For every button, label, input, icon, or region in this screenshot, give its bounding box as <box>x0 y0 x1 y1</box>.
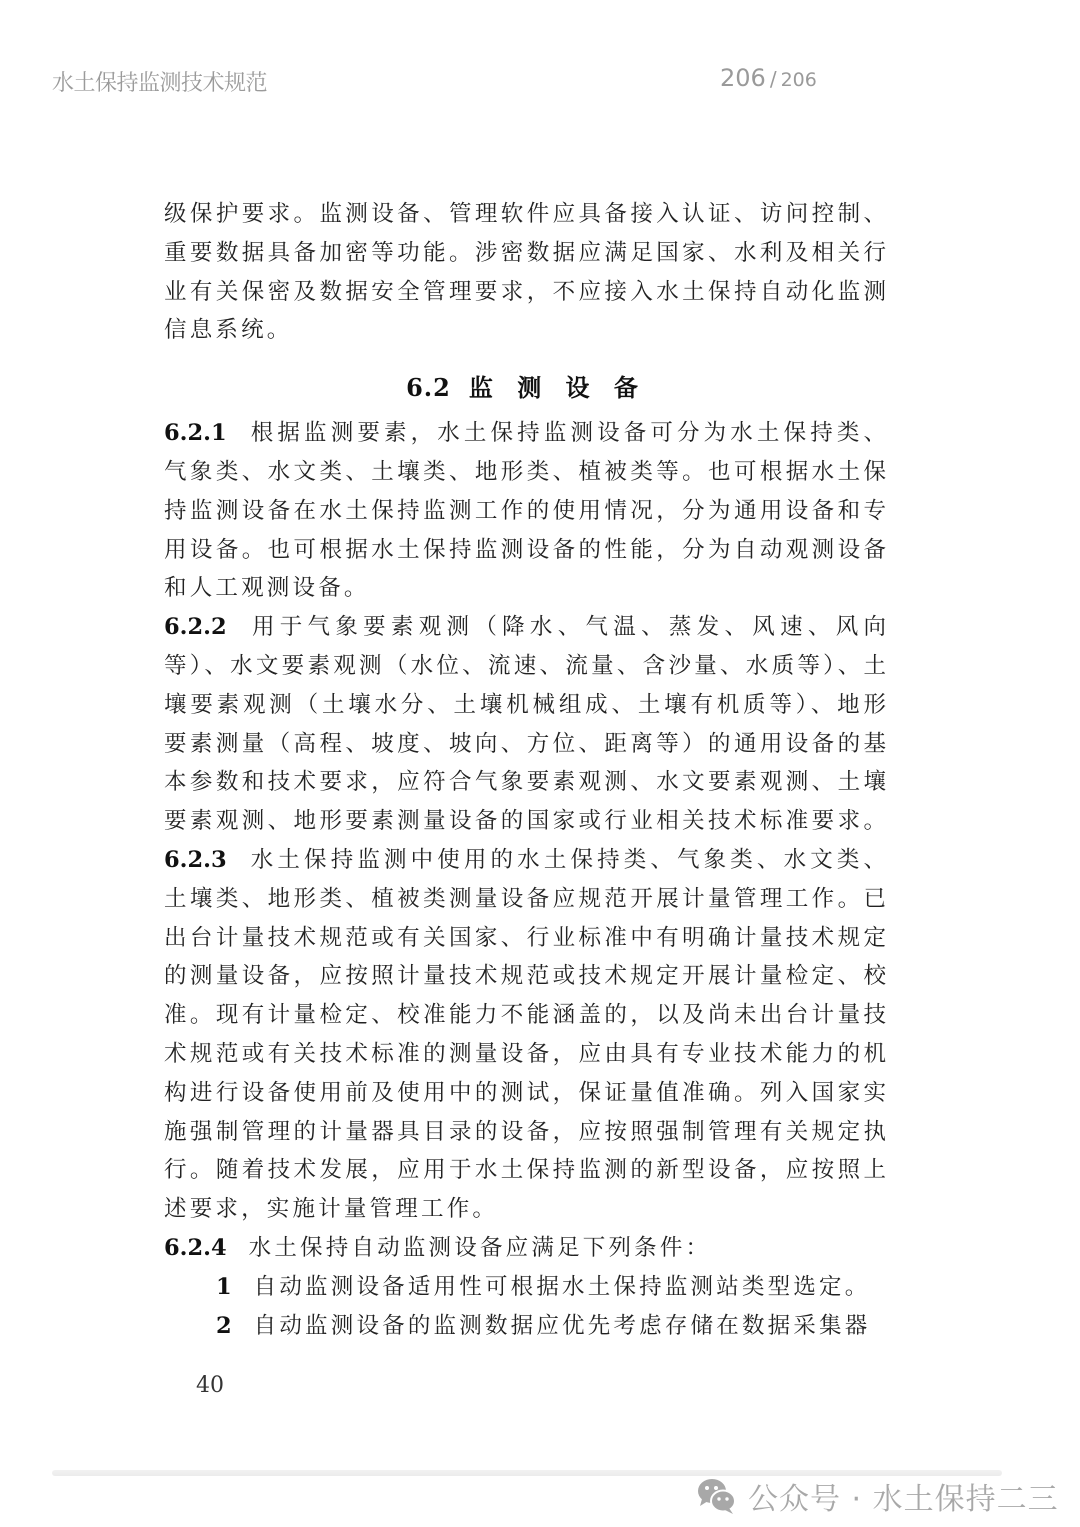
clause-number: 6.2.2 <box>164 614 227 640</box>
body-line: 行。随着技术发展，应用于水土保持监测的新型设备，应按照上 <box>164 1151 888 1190</box>
list-item: 1自动监测设备适用性可根据水土保持监测站类型选定。 <box>164 1268 888 1307</box>
body-line: 气象类、水文类、土壤类、地形类、植被类等。也可根据水土保 <box>164 453 888 492</box>
watermark-text: 公众号 · 水土保持二三 <box>748 1474 1059 1518</box>
section-heading: 6.2监 测 设 备 <box>164 358 888 418</box>
clause-first-line: 6.2.3水土保持监测中使用的水土保持类、气象类、水文类、 <box>164 841 888 880</box>
body-line: 准。现有计量检定、校准能力不能涵盖的，以及尚未出台计量技 <box>164 996 888 1035</box>
body-line: 土壤类、地形类、植被类测量设备应规范开展计量管理工作。已 <box>164 880 888 919</box>
wechat-icon <box>696 1477 738 1515</box>
clause-first-line: 6.2.4水土保持自动监测设备应满足下列条件： <box>164 1229 888 1268</box>
body-line: 要素观测、地形要素测量设备的国家或行业相关技术标准要求。 <box>164 802 888 841</box>
body-line: 述要求，实施计量管理工作。 <box>164 1190 888 1229</box>
item-text: 自动监测设备的监测数据应优先考虑存储在数据采集器 <box>254 1313 871 1339</box>
clause-number: 6.2.1 <box>164 420 227 446</box>
body-line: 持监测设备在水土保持监测工作的使用情况，分为通用设备和专 <box>164 492 888 531</box>
body-line: 出台计量技术规范或有关国家、行业标准中有明确计量技术规定 <box>164 919 888 958</box>
watermark: 公众号 · 水土保持二三 <box>696 1472 1059 1520</box>
total-pages: 206 <box>781 69 817 91</box>
clause-number: 6.2.3 <box>164 847 227 873</box>
clause-number: 6.2.4 <box>164 1235 227 1261</box>
body-line: 壤要素观测（土壤水分、土壤机械组成、土壤有机质等）、地形 <box>164 686 888 725</box>
item-text: 自动监测设备适用性可根据水土保持监测站类型选定。 <box>254 1274 871 1300</box>
page-separator: / <box>770 67 777 91</box>
body-line: 重要数据具备加密等功能。涉密数据应满足国家、水利及相关行 <box>164 234 888 273</box>
list-item: 2自动监测设备的监测数据应优先考虑存储在数据采集器 <box>164 1307 888 1346</box>
section-number: 6.2 <box>406 373 451 402</box>
body-line: 业有关保密及数据安全管理要求，不应接入水土保持自动化监测 <box>164 273 888 312</box>
page-counter: 206/206 <box>720 64 817 92</box>
body-line: 施强制管理的计量器具目录的设备，应按照强制管理有关规定执 <box>164 1113 888 1152</box>
section-title: 监 测 设 备 <box>469 373 646 402</box>
clause-first-line: 6.2.1根据监测要素，水土保持监测设备可分为水土保持类、 <box>164 414 888 453</box>
current-page: 206 <box>720 64 766 92</box>
item-number: 1 <box>216 1274 232 1300</box>
body-line: 和人工观测设备。 <box>164 569 888 608</box>
body-line: 术规范或有关技术标准的测量设备，应由具有专业技术能力的机 <box>164 1035 888 1074</box>
body-line: 构进行设备使用前及使用中的测试，保证量值准确。列入国家实 <box>164 1074 888 1113</box>
body-line: 用设备。也可根据水土保持监测设备的性能，分为自动观测设备 <box>164 531 888 570</box>
document-title: 水土保持监测技术规范 <box>52 66 267 97</box>
clause-first-line: 6.2.2用于气象要素观测（降水、气温、蒸发、风速、风向 <box>164 608 888 647</box>
page-body: 级保护要求。监测设备、管理软件应具备接入认证、访问控制、 重要数据具备加密等功能… <box>164 195 888 1345</box>
body-line: 信息系统。 <box>164 311 888 350</box>
body-line: 本参数和技术要求，应符合气象要素观测、水文要素观测、土壤 <box>164 763 888 802</box>
page-number: 40 <box>196 1373 224 1398</box>
reader-header: 水土保持监测技术规范 206/206 <box>52 62 1080 102</box>
item-number: 2 <box>216 1313 232 1339</box>
body-line: 要素测量（高程、坡度、坡向、方位、距离等）的通用设备的基 <box>164 725 888 764</box>
body-line: 的测量设备，应按照计量技术规范或技术规定开展计量检定、校 <box>164 957 888 996</box>
body-line: 等）、水文要素观测（水位、流速、流量、含沙量、水质等）、土 <box>164 647 888 686</box>
body-line: 级保护要求。监测设备、管理软件应具备接入认证、访问控制、 <box>164 195 888 234</box>
